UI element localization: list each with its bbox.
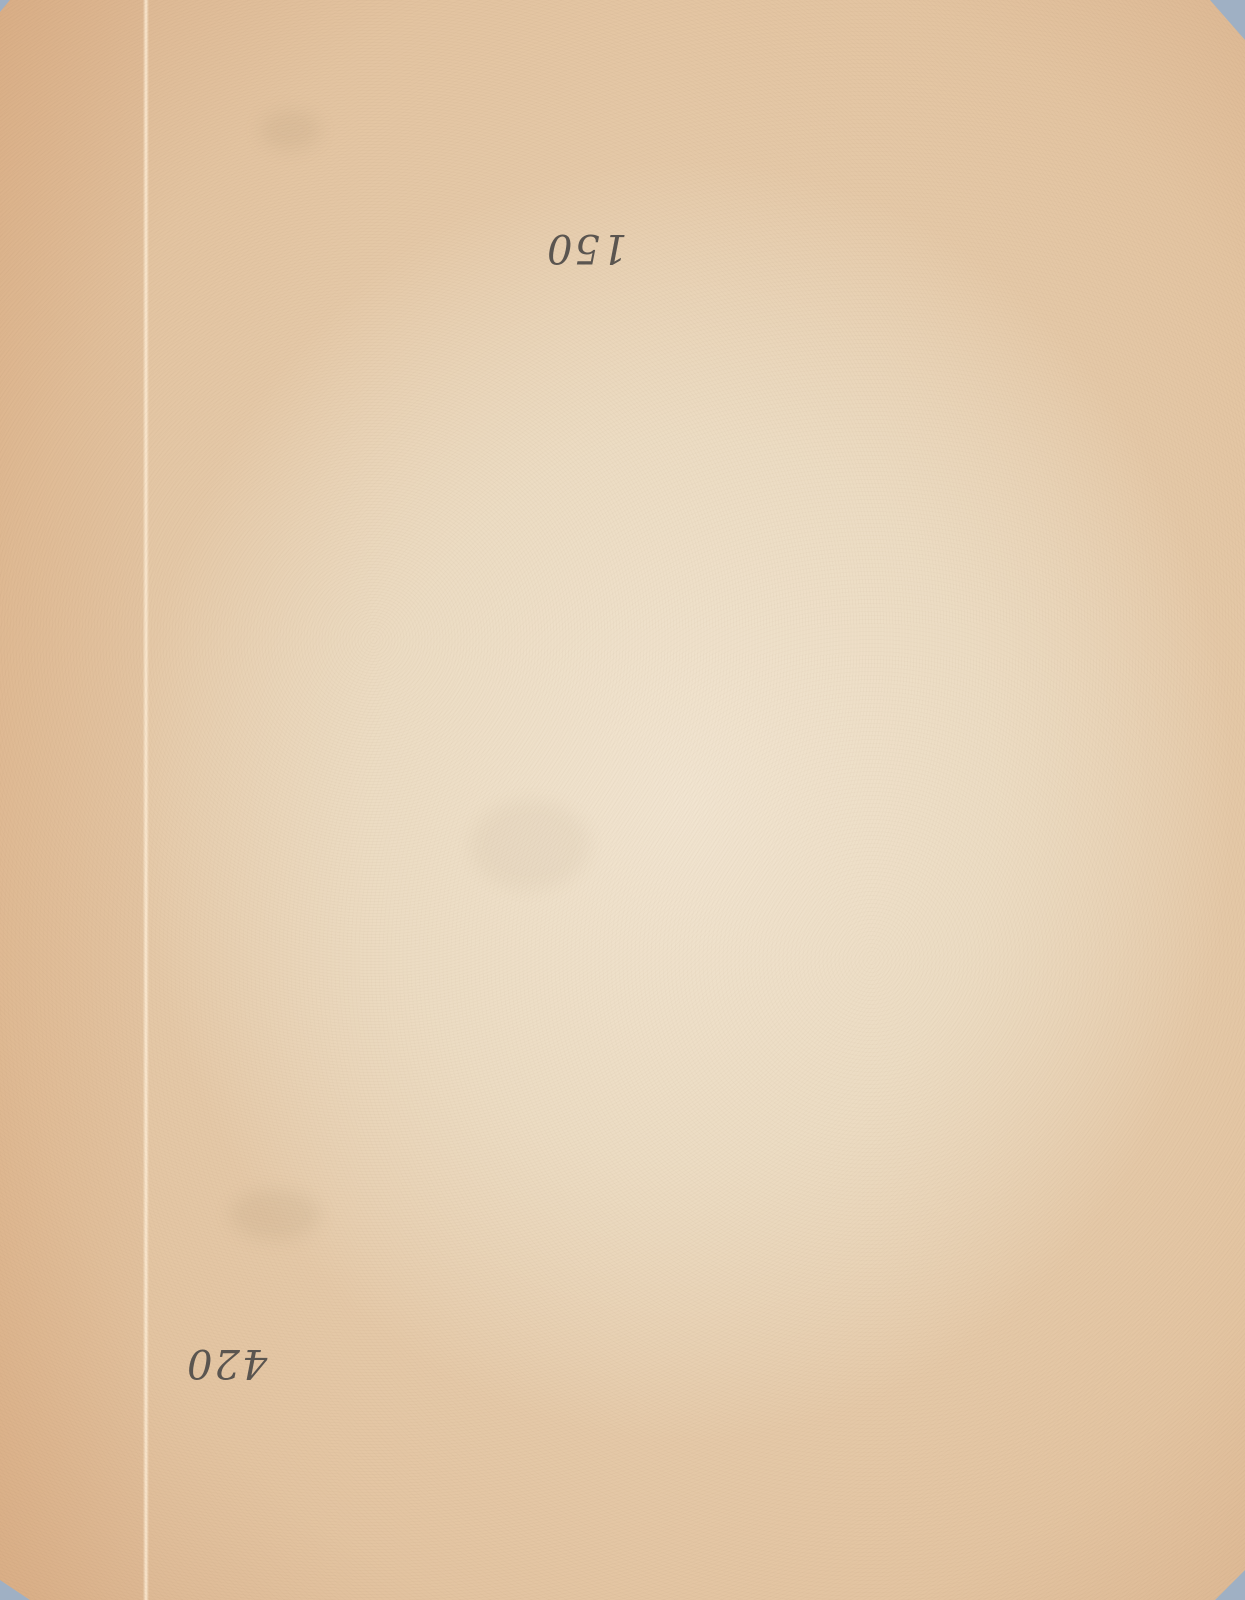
pencil-note-top: 150 (545, 225, 627, 271)
stain (470, 800, 590, 890)
paper-sheet: 150 420 (0, 0, 1245, 1600)
pencil-note-bottom: 420 (185, 1340, 267, 1386)
left-margin-strip (0, 0, 143, 1600)
stain (230, 1190, 320, 1240)
fold-crease (143, 0, 149, 1600)
stain (260, 110, 320, 150)
